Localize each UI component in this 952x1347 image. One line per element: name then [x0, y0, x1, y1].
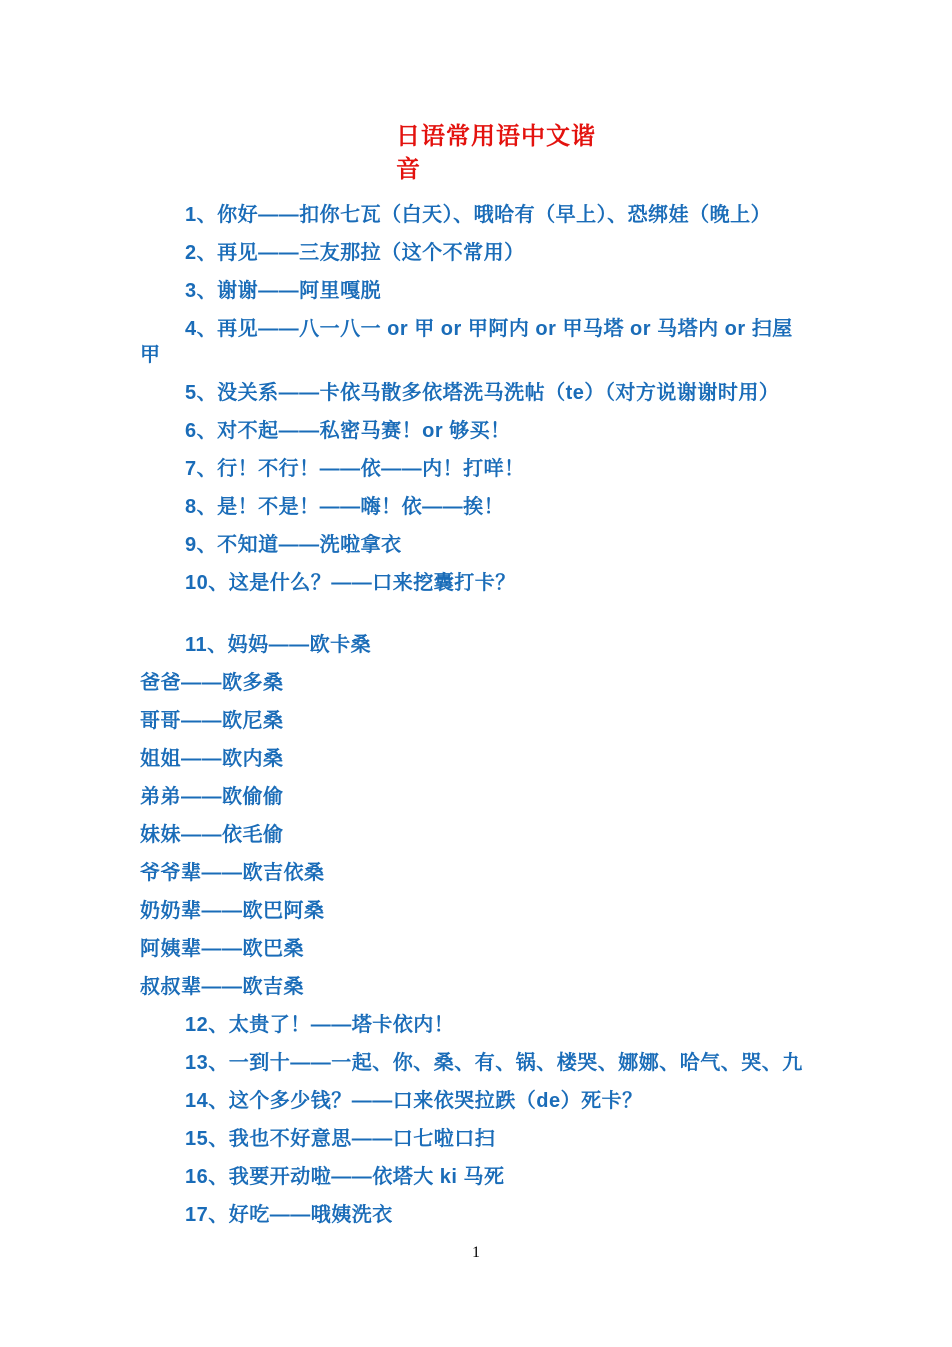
text-line: 13、一到十——一起、你、桑、有、锅、楼哭、娜娜、哈气、哭、九: [140, 1052, 822, 1074]
text-line: 12、太贵了！——塔卡依内！: [140, 1014, 822, 1036]
text-line: 叔叔辈——欧吉桑: [140, 976, 822, 998]
text-line: 哥哥——欧尼桑: [140, 710, 822, 732]
text-line: 2、再见——三友那拉（这个不常用）: [140, 242, 822, 264]
text-line: 16、我要开动啦——依塔大 ki 马死: [140, 1166, 822, 1188]
text-line: 9、不知道——洗啦拿衣: [140, 534, 822, 556]
text-line: 8、是！不是！——嗨！依——挨！: [140, 496, 822, 518]
text-line: 11、妈妈——欧卡桑: [140, 634, 822, 656]
text-line: 17、好吃——哦姨洗衣: [140, 1204, 822, 1226]
text-line: 弟弟——欧偷偷: [140, 786, 822, 808]
text-line: 6、对不起——私密马赛！or 够买！: [140, 420, 822, 442]
text-line: 4、再见——八一八一 or 甲 or 甲阿内 or 甲马塔 or 马塔内 or …: [140, 318, 822, 340]
text-line: 1、你好——扣你七瓦（白天）、哦哈有（早上）、恐绑娃（晚上）: [140, 204, 822, 226]
text-line: 7、行！不行！——依——内！打咩！: [140, 458, 822, 480]
text-line: 甲: [140, 344, 822, 366]
document-page: 日语常用语中文谐 音 1、你好——扣你七瓦（白天）、哦哈有（早上）、恐绑娃（晚上…: [0, 0, 952, 1347]
text-line: 10、这是什么？——口来挖囊打卡？: [140, 572, 822, 594]
text-line: 15、我也不好意思——口七啦口扫: [140, 1128, 822, 1150]
title-line-2: 音: [396, 153, 596, 186]
text-line: 爷爷辈——欧吉依桑: [140, 862, 822, 884]
page-number: 1: [0, 1244, 952, 1262]
document-body: 1、你好——扣你七瓦（白天）、哦哈有（早上）、恐绑娃（晚上）2、再见——三友那拉…: [140, 204, 822, 1242]
text-line: 阿姨辈——欧巴桑: [140, 938, 822, 960]
text-line: 5、没关系——卡依马散多依塔洗马洗帖（te）（对方说谢谢时用）: [140, 382, 822, 404]
text-line: 爸爸——欧多桑: [140, 672, 822, 694]
text-line: 妹妹——依毛偷: [140, 824, 822, 846]
document-title: 日语常用语中文谐 音: [396, 120, 596, 186]
title-line-1: 日语常用语中文谐: [396, 120, 596, 153]
text-line: 奶奶辈——欧巴阿桑: [140, 900, 822, 922]
text-line: 姐姐——欧内桑: [140, 748, 822, 770]
text-line: 3、谢谢——阿里嘎脱: [140, 280, 822, 302]
text-line: 14、这个多少钱？——口来依哭拉跌（de）死卡？: [140, 1090, 822, 1112]
